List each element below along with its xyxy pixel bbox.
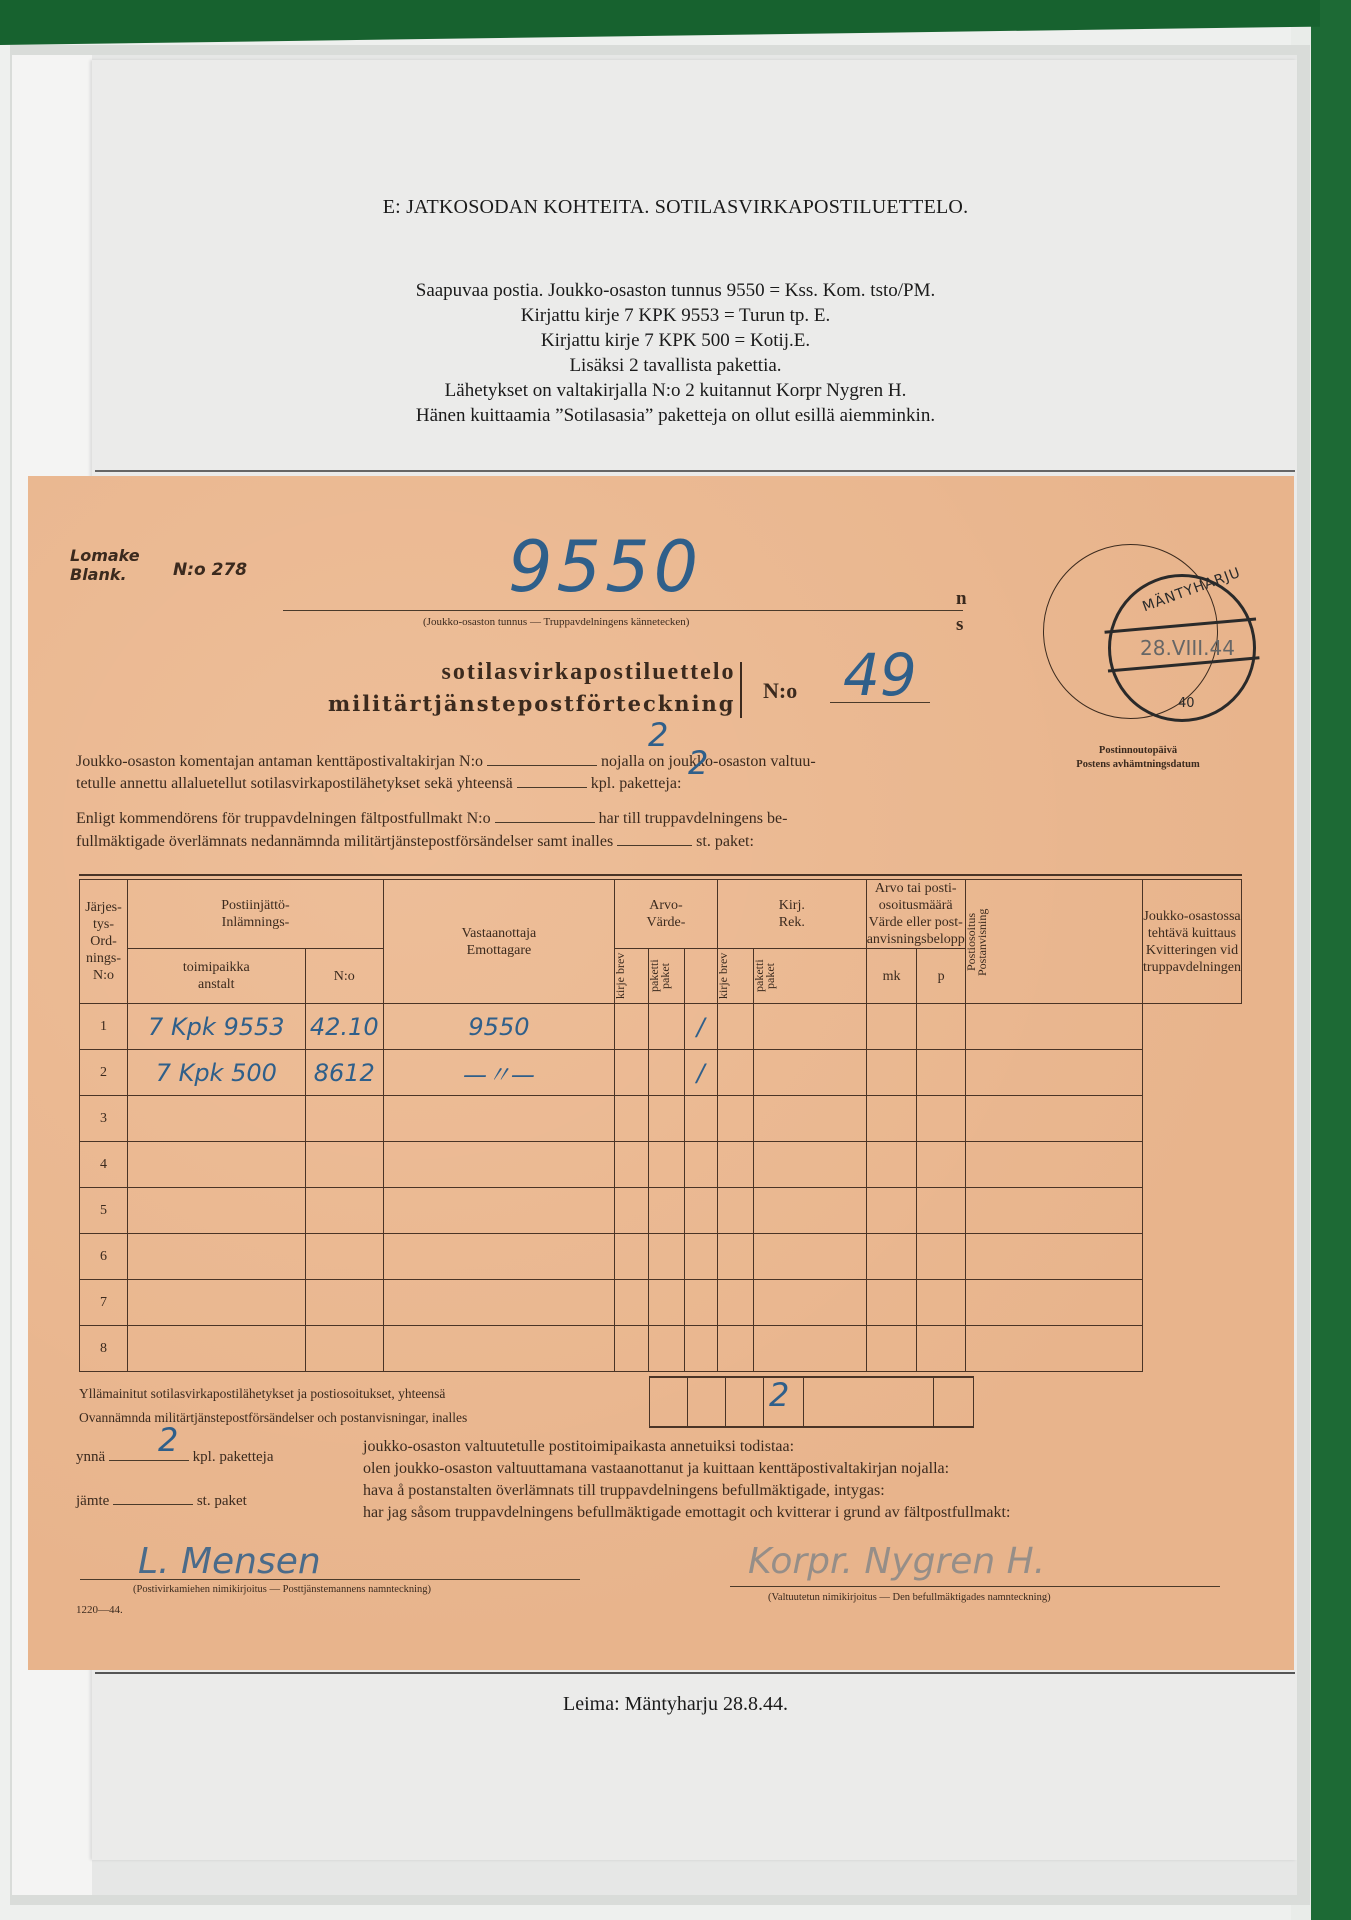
table-row: 27 Kpk 5008612—〃—/ [80,1050,1242,1096]
signature-line-right [730,1586,1220,1587]
value-parcel [648,1004,684,1050]
totals-cells [649,1376,974,1428]
form-label: Lomake Blank. [70,546,140,584]
recipient [383,1280,614,1326]
posting-no [305,1142,383,1188]
mark-n: n [956,586,967,612]
registered-parcel [717,1142,753,1188]
registered-parcel [717,1234,753,1280]
registered-letter: / [684,1050,717,1096]
h: Postiosoitus Postanvisning [966,892,988,992]
h: Ord- [80,933,127,950]
exhibit-description: Saapuvaa postia. Joukko-osaston tunnus 9… [0,278,1351,428]
postal-order [917,1234,965,1280]
header-registered: Kirj. Rek. [717,880,866,949]
ns-marks: n s [956,586,967,638]
value-parcel [648,1096,684,1142]
list-no-handwritten: 49 [843,641,917,709]
registered-letter [684,1142,717,1188]
table-row: 3 [80,1096,1242,1142]
recipient [383,1188,614,1234]
value-letter [614,1188,648,1234]
value-letter [614,1280,648,1326]
amount-p [866,1234,917,1280]
list-no-label: N:o [763,678,797,704]
exhibit-title: E: JATKOSODAN KOHTEITA. SOTILASVIRKAPOST… [0,196,1351,219]
text: har till truppavdelningens be- [599,810,788,827]
form-title: sotilasvirkapostiluettelo militärtjänste… [328,656,736,720]
receipt [965,1234,1142,1280]
value-letter [614,1004,648,1050]
posting-no: 8612 [305,1050,383,1096]
postal-form-card: Lomake Blank. N:o 278 9550 (Joukko-osast… [28,476,1294,1670]
amount-p [866,1050,917,1096]
posting-office [128,1188,306,1234]
row-number: 5 [80,1188,128,1234]
authorization-no-handwritten: 2 [648,716,668,754]
row-number: 2 [80,1050,128,1096]
header-recipient: Vastaanottaja Emottagare [383,880,614,1004]
photo-background: E: JATKOSODAN KOHTEITA. SOTILASVIRKAPOST… [0,0,1351,1920]
cell [649,1378,687,1426]
header-value-letter: kirje brev [614,949,648,1004]
posting-no [305,1326,383,1372]
blank-field [113,1491,193,1505]
posting-office: 7 Kpk 500 [128,1050,306,1096]
amount-p [866,1326,917,1372]
postal-order [917,1004,965,1050]
cert-fi-2: olen joukko-osaston valtuuttamana vastaa… [363,1458,1010,1480]
posting-office [128,1142,306,1188]
value-parcel [648,1326,684,1372]
cell [687,1378,725,1426]
registered-parcel [717,1188,753,1234]
signature-label-left: (Postivirkamiehen nimikirjoitus — Posttj… [133,1584,431,1595]
mark-s: s [956,612,967,638]
recipient [383,1326,614,1372]
amount-p [866,1188,917,1234]
h: Vastaanottaja [384,925,614,942]
cert-sv-1: hava å postanstalten överlämnats till tr… [363,1480,1010,1502]
totals-reg-handwritten: 2 [769,1376,789,1414]
jamte-label: jämte [76,1493,109,1509]
pickup-date-label: Postinnoutopäivä Postens avhämtningsdatu… [1033,744,1243,772]
unit-code-line [283,610,963,611]
h: anvisningsbelopp [867,931,965,948]
registered-letter [684,1188,717,1234]
table-row: 6 [80,1234,1242,1280]
row-number: 6 [80,1234,128,1280]
signature-line-left [80,1579,580,1580]
amount-mk [753,1004,866,1050]
packages-count-handwritten: 2 [688,744,708,782]
h: nings- [80,950,127,967]
posting-office [128,1234,306,1280]
h: kirje brev [718,949,729,1003]
registered-parcel [717,1050,753,1096]
stamp-caption: Leima: Mäntyharju 28.8.44. [0,1693,1351,1716]
postal-order [917,1050,965,1096]
value-parcel [648,1234,684,1280]
value-letter [614,1234,648,1280]
table-row: 5 [80,1188,1242,1234]
binder-cover [0,0,1320,45]
header-value-parcel: paketti paket [648,949,684,1004]
value-letter [614,1142,648,1188]
registered-letter [684,1096,717,1142]
unit-code-label: (Joukko-osaston tunnus — Truppavdelninge… [423,616,689,628]
h: Emottagare [384,942,614,959]
receipt [965,1142,1142,1188]
postmark-office-no: 40 [1178,696,1195,711]
totals-sv: Ovannämnda militärtjänstepostförsändelse… [79,1406,467,1430]
recipient [383,1142,614,1188]
description-line: Lisäksi 2 tavallista pakettia. [0,353,1351,378]
h: osoitusmäärä [867,897,965,914]
registered-letter: / [684,1004,717,1050]
header-value: Arvo- Värde- [614,880,717,949]
h: Joukko-osastossa [1143,908,1241,925]
header-receipt: Joukko-osastossa tehtävä kuittaus Kvitte… [1143,880,1242,1004]
description-line: Kirjattu kirje 7 KPK 9553 = Turun tp. E. [0,303,1351,328]
amount-mk [753,1188,866,1234]
posting-office [128,1280,306,1326]
intro-sv-line2: fullmäktigade överlämnats nedannämnda mi… [76,832,754,851]
h: Arvo- [615,897,717,914]
text: Enligt kommendörens för truppavdelningen… [76,810,491,827]
cell [725,1378,763,1426]
header-p: p [917,949,965,1004]
posting-no [305,1234,383,1280]
h: Kirj. [718,897,866,914]
row-number: 8 [80,1326,128,1372]
receipt [965,1004,1142,1050]
postal-order [917,1096,965,1142]
row-number: 3 [80,1096,128,1142]
amount-p [866,1096,917,1142]
table-top-rule [79,874,1242,876]
cell [803,1378,933,1426]
value-letter [614,1050,648,1096]
amount-mk [753,1280,866,1326]
ynna-suffix: kpl. paketteja [193,1449,274,1465]
value-parcel [648,1188,684,1234]
form-label-fi: Lomake [70,546,140,565]
recipient [383,1234,614,1280]
h: Järjes- [80,899,127,916]
header-posting: Postiinjättö- Inlämnings- [128,880,384,949]
text: fullmäktigade överlämnats nedannämnda mi… [76,833,613,850]
header-order-no: Järjes- tys- Ord- nings- N:o [80,880,128,1004]
posting-no [305,1188,383,1234]
posting-no [305,1096,383,1142]
ynna-label: ynnä [76,1449,105,1465]
amount-mk [753,1050,866,1096]
h: tehtävä kuittaus [1143,925,1241,942]
pickup-label-sv: Postens avhämtningsdatum [1033,758,1243,772]
amount-mk [753,1142,866,1188]
registered-letter [684,1280,717,1326]
header-reg-letter: kirje brev [717,949,753,1004]
blank-field [487,752,597,766]
h: N:o [80,967,127,984]
header-office: toimipaikka anstalt [128,949,306,1004]
header-value-extra [684,949,717,1004]
h: paketti paket [754,949,776,1003]
posting-office: 7 Kpk 9553 [128,1004,306,1050]
posting-no: 42.10 [305,1004,383,1050]
header-reg-parcel: paketti paket [753,949,866,1004]
form-title-fi: sotilasvirkapostiluettelo [328,656,736,688]
header-mk: mk [866,949,917,1004]
header-amount: Arvo tai posti- osoitusmäärä Värde eller… [866,880,965,949]
registered-parcel [717,1096,753,1142]
h: truppavdelningen [1143,959,1241,976]
registered-parcel [717,1280,753,1326]
value-letter [614,1096,648,1142]
blank-field [617,832,692,846]
recipient [383,1096,614,1142]
header-postal-order: Postiosoitus Postanvisning [965,880,1142,1004]
intro-fi-line2: tetulle annettu allaluetellut sotilasvir… [76,774,681,793]
pickup-label-fi: Postinnoutopäivä [1033,744,1243,758]
row-number: 1 [80,1004,128,1050]
divider [95,1672,1295,1674]
postmark-date: 28.VIII.44 [1140,636,1235,660]
receipt [965,1326,1142,1372]
h: Postiinjättö- [128,897,383,914]
h: kirje brev [615,949,626,1003]
brace [740,662,746,718]
certification-text: joukko-osaston valtuutetulle postitoimip… [363,1436,1010,1524]
cert-sv-2: har jag såsom truppavdelningens befullmä… [363,1502,1010,1524]
posting-office [128,1096,306,1142]
value-parcel [648,1280,684,1326]
recipient: 9550 [383,1004,614,1050]
text: Joukko-osaston komentajan antaman kenttä… [76,753,483,770]
jamte-suffix: st. paket [197,1493,247,1509]
posting-office [128,1326,306,1372]
h: toimipaikka [128,959,305,976]
registered-parcel [717,1326,753,1372]
form-label-sv: Blank. [70,565,140,584]
h: Arvo tai posti- [867,880,965,897]
unit-code-handwritten: 9550 [508,526,702,608]
value-letter [614,1326,648,1372]
h: paketti paket [649,949,671,1003]
print-code: 1220—44. [76,1604,123,1616]
h: tys- [80,916,127,933]
table-row: 8 [80,1326,1242,1372]
registered-letter [684,1234,717,1280]
value-parcel [648,1142,684,1188]
receipt [965,1096,1142,1142]
signature-postal-official: L. Mensen [138,1541,321,1582]
receipt [965,1280,1142,1326]
amount-mk [753,1096,866,1142]
postal-order [917,1326,965,1372]
row-number: 7 [80,1280,128,1326]
receipt [965,1050,1142,1096]
text: kpl. paketteja: [591,775,682,792]
text: st. paket: [696,833,754,850]
blank-field [495,809,595,823]
list-no-line [830,702,930,703]
cell [933,1378,973,1426]
h: anstalt [128,976,305,993]
recipient: —〃— [383,1050,614,1096]
header-posting-no: N:o [305,949,383,1004]
h: Kvitteringen vid [1143,942,1241,959]
amount-mk [753,1326,866,1372]
form-title-sv: militärtjänstepostförteckning [328,688,736,720]
amount-mk [753,1234,866,1280]
signature-label-right: (Valtuutetun nimikirjoitus — Den befullm… [768,1592,1051,1603]
amount-p [866,1142,917,1188]
totals-label: Yllämainitut sotilasvirkapostilähetykset… [79,1382,467,1430]
receipt [965,1188,1142,1234]
signature-authorized: Korpr. Nygren H. [748,1541,1045,1582]
divider [95,470,1295,472]
table-row: 4 [80,1142,1242,1188]
blank-field [517,774,587,788]
h: Inlämnings- [128,914,383,931]
table-row: 17 Kpk 955342.109550/ [80,1004,1242,1050]
mail-list-table: Järjes- tys- Ord- nings- N:o Postiinjätt… [79,879,1242,1372]
form-number: N:o 278 [173,560,247,580]
description-line: Saapuvaa postia. Joukko-osaston tunnus 9… [0,278,1351,303]
amount-p [866,1280,917,1326]
posting-no [305,1280,383,1326]
value-parcel [648,1050,684,1096]
description-line: Lähetykset on valtakirjalla N:o 2 kuitan… [0,378,1351,403]
cell [973,1378,974,1426]
intro-sv-line1: Enligt kommendörens för truppavdelningen… [76,809,787,828]
description-line: Hänen kuittaamia ”Sotilasasia” paketteja… [0,403,1351,428]
amount-p [866,1004,917,1050]
registered-letter [684,1326,717,1372]
postal-order [917,1142,965,1188]
h: Värde eller post- [867,914,965,931]
description-line: Kirjattu kirje 7 KPK 500 = Kotij.E. [0,328,1351,353]
ynna-handwritten: 2 [158,1421,178,1459]
postal-order [917,1188,965,1234]
h: Värde- [615,914,717,931]
h: Rek. [718,914,866,931]
table-row: 7 [80,1280,1242,1326]
registered-parcel [717,1004,753,1050]
totals-fi: Yllämainitut sotilasvirkapostilähetykset… [79,1382,467,1406]
row-number: 4 [80,1142,128,1188]
text: tetulle annettu allaluetellut sotilasvir… [76,775,513,792]
cert-fi-1: joukko-osaston valtuutetulle postitoimip… [363,1436,1010,1458]
postal-order [917,1280,965,1326]
